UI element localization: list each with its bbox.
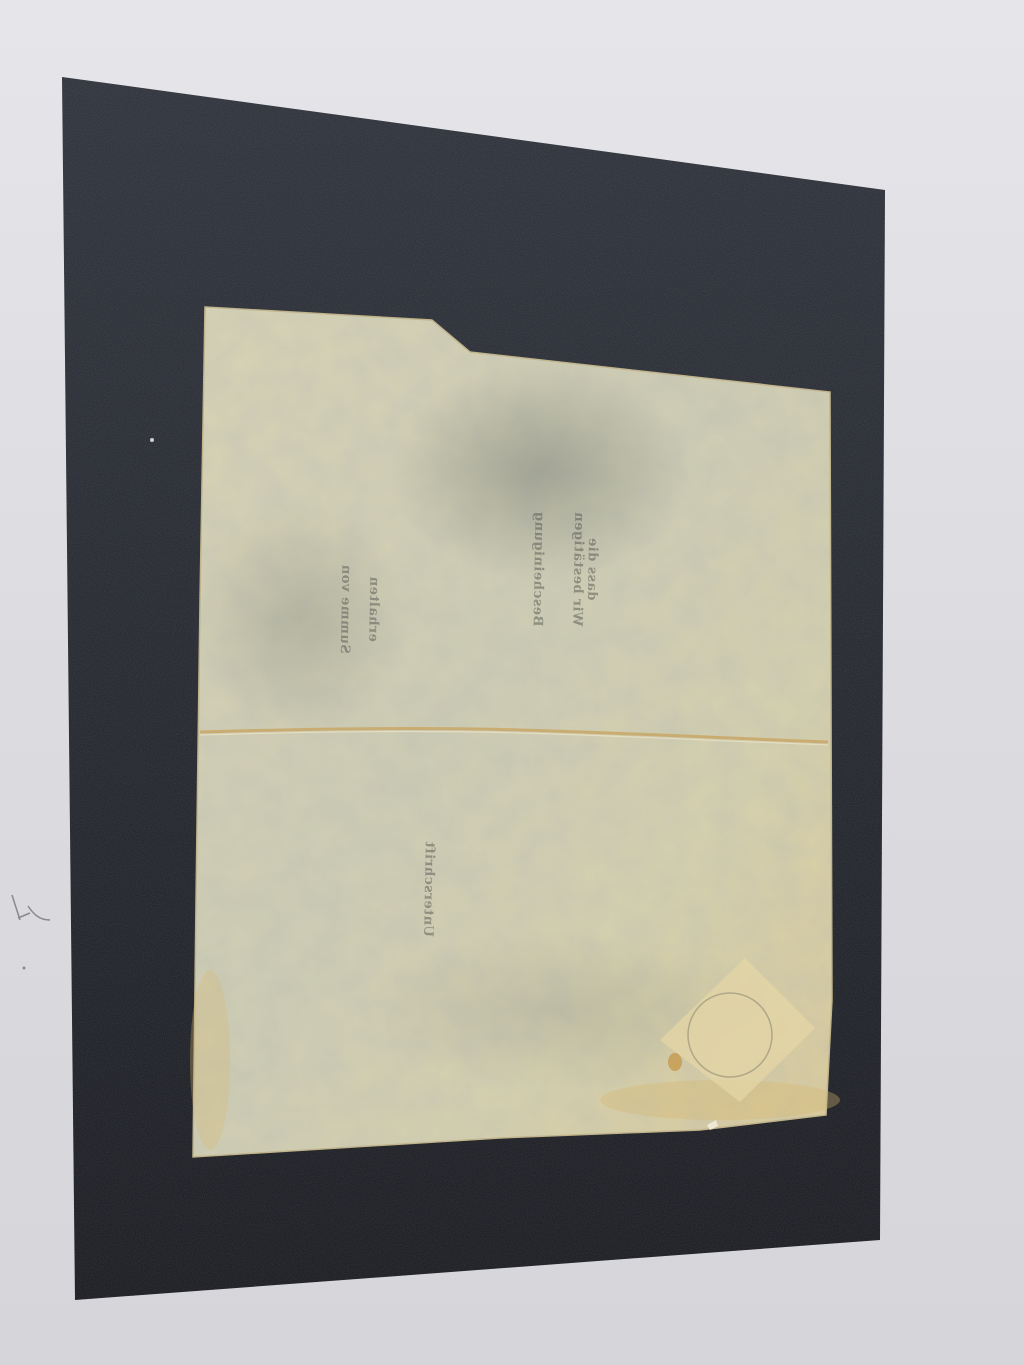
- surface-speck: [23, 967, 26, 970]
- bleed-line: Unterschrift: [418, 841, 438, 937]
- bleed-line: erhalten: [363, 576, 382, 642]
- photo-scene: Bescheinigung Wir bestätigen dass die Su…: [0, 0, 1024, 1365]
- bleed-line: dass die: [582, 537, 601, 600]
- scene-graphics: [0, 0, 1024, 1365]
- pencil-scribble-mark: [12, 895, 50, 920]
- bleed-line: Bescheinigung: [528, 511, 548, 626]
- board-speck: [150, 438, 154, 442]
- bleed-line: Summe von: [335, 564, 355, 654]
